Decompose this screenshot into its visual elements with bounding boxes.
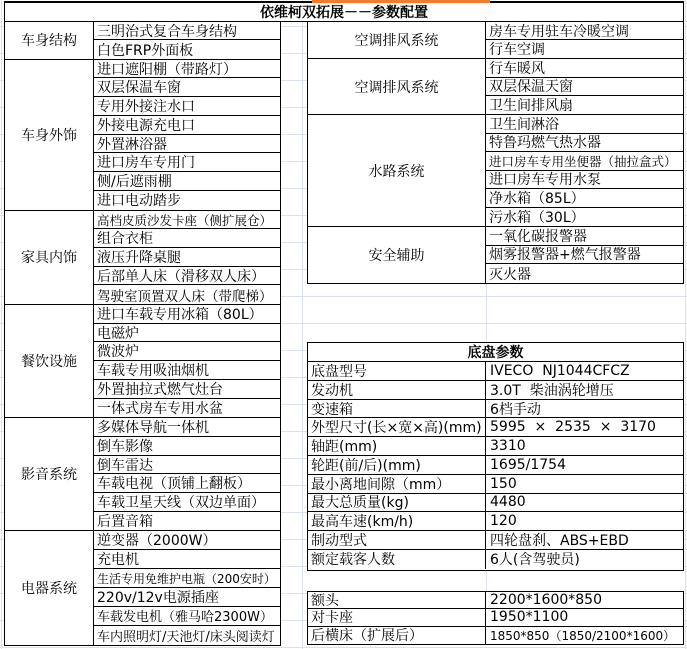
param-label: 轮距(前/后)(mm) xyxy=(311,456,421,474)
spec-item-row: 车载发电机（雅马哈2300W） xyxy=(94,607,280,626)
spec-section: 车身外饰进口遮阳棚（带路灯）双层保温车窗专用外接注水口外接电源充电口外置淋浴器进… xyxy=(5,60,280,211)
spec-item-text: 特鲁玛燃气热水器 xyxy=(489,134,601,152)
spec-item-row: 车内照明灯/天池灯/床头阅读灯 xyxy=(94,626,280,645)
category-label: 餐饮设施 xyxy=(21,351,77,371)
category-label: 空调排风系统 xyxy=(355,30,439,50)
spec-item-text: 行车暖风 xyxy=(489,59,545,77)
category-label: 车身结构 xyxy=(21,30,77,50)
param-value: 1950*1100 xyxy=(490,609,568,625)
spec-item-row: 一体式房车专用水盆 xyxy=(94,399,280,418)
spec-item-row: 进口车载专用冰箱（80L） xyxy=(94,305,280,324)
page-title-cell: 依维柯双拓展－－参数配置 xyxy=(4,1,684,22)
spec-item-text: 三明治式复合车身结构 xyxy=(97,22,237,40)
param-value: 120 xyxy=(490,513,517,529)
param-value: 四轮盘刹、ABS+EBD xyxy=(490,531,629,549)
param-label: 额定载客人数 xyxy=(311,550,395,569)
gridline-vertical-right-margin xyxy=(685,0,686,649)
param-value: 5995 × 2535 × 3170 xyxy=(490,419,656,435)
param-label-cell: 对卡座 xyxy=(308,609,486,625)
spec-item-row: 净水箱（85L） xyxy=(486,189,683,207)
spec-item-text: 220v/12v电源插座 xyxy=(97,588,219,607)
category-label: 空调排风系统 xyxy=(355,77,439,97)
param-value: 6人(含驾驶员) xyxy=(490,550,580,569)
param-value-cell: 4480 xyxy=(486,494,683,512)
param-label-cell: 最小离地间隙（mm） xyxy=(308,475,486,493)
spec-item-row: 220v/12v电源插座 xyxy=(94,588,280,607)
spec-item-row: 后部单人床（滑移双人床） xyxy=(94,267,280,286)
param-value-cell: 1850*850（1850/2100*1600） xyxy=(486,627,683,644)
items-column: 进口车载专用冰箱（80L）电磁炉微波炉车载专用吸油烟机外置抽拉式燃气灶台一体式房… xyxy=(94,305,280,417)
page-title: 依维柯双拓展－－参数配置 xyxy=(260,2,428,22)
param-value-cell: 120 xyxy=(486,512,683,530)
spec-item-text: 倒车雷达 xyxy=(97,456,153,475)
param-label: 最大总质量(kg) xyxy=(311,494,409,512)
spec-item-row: 专用外接注水口 xyxy=(94,97,280,116)
param-label: 底盘型号 xyxy=(311,362,367,380)
dimensions-table: 额头2200*1600*850对卡座1950*1100后横床（扩展后）1850*… xyxy=(307,591,684,645)
category-cell: 影音系统 xyxy=(5,418,94,530)
spec-item-row: 一氧化碳报警器 xyxy=(486,227,683,246)
spec-item-text: 车载专用吸油烟机 xyxy=(97,361,209,380)
chassis-table-header: 底盘参数 xyxy=(308,343,683,362)
param-label: 最小离地间隙（mm） xyxy=(311,475,450,493)
chassis-param-row: 轮距(前/后)(mm)1695/1754 xyxy=(308,456,683,475)
category-label: 车身外饰 xyxy=(21,125,77,145)
spec-item-text: 房车专用驻车冷暖空调 xyxy=(489,22,629,40)
spec-item-row: 特鲁玛燃气热水器 xyxy=(486,134,683,152)
spec-item-row: 进口房车专用坐便器（抽拉盒式） xyxy=(486,152,683,170)
title-accent-bar xyxy=(312,0,490,3)
spec-item-text: 一体式房车专用水盆 xyxy=(97,399,223,418)
param-value: 1850*850（1850/2100*1600） xyxy=(490,627,675,644)
spec-item-row: 白色FRP外面板 xyxy=(94,40,280,58)
spec-item-text: 微波炉 xyxy=(97,342,139,361)
spec-section: 空调排风系统房车专用驻车冷暖空调行车空调 xyxy=(308,22,683,59)
param-value-cell: 2200*1600*850 xyxy=(486,592,683,608)
spec-item-text: 车载电视（顶铺上翻板） xyxy=(97,474,251,493)
spec-item-row: 充电机 xyxy=(94,550,280,569)
spec-section: 影音系统多媒体导航一体机倒车影像倒车雷达车载电视（顶铺上翻板）车载卫星天线（双边… xyxy=(5,418,280,531)
param-value-cell: 1950*1100 xyxy=(486,609,683,625)
spec-item-text: 电磁炉 xyxy=(97,324,139,343)
spec-item-text: 白色FRP外面板 xyxy=(97,40,193,58)
dimension-row: 额头2200*1600*850 xyxy=(308,592,683,609)
spec-item-text: 后部单人床（滑移双人床） xyxy=(97,267,265,286)
spec-section: 电器系统逆变器（2000W）充电机生活专用免维护电瓶（200安时）220v/12… xyxy=(5,531,280,644)
param-value: IVECO NJ1044CFCZ xyxy=(490,363,630,379)
spec-item-text: 灭火器 xyxy=(489,264,531,283)
category-label: 水路系统 xyxy=(369,161,425,181)
gridline-vertical-left-margin xyxy=(1,0,2,649)
category-cell: 水路系统 xyxy=(308,115,486,226)
items-column: 三明治式复合车身结构白色FRP外面板 xyxy=(94,22,280,59)
chassis-param-row: 最高车速(km/h)120 xyxy=(308,512,683,531)
spec-item-row: 进口房车专用水泵 xyxy=(486,171,683,189)
spec-item-text: 进口房车专用门 xyxy=(97,153,195,172)
param-value-cell: 3310 xyxy=(486,437,683,455)
param-label-cell: 轴距(mm) xyxy=(308,437,486,455)
gridline-vertical-middle-gap xyxy=(302,0,303,649)
spec-item-text: 车载发电机（雅马哈2300W） xyxy=(97,607,273,625)
spec-section: 安全辅助一氧化碳报警器烟雾报警器+燃气报警器灭火器 xyxy=(308,227,683,283)
spec-item-text: 进口车载专用冰箱（80L） xyxy=(97,305,263,324)
param-label-cell: 外型尺寸(长×宽×高)(mm) xyxy=(308,418,486,436)
spec-item-row: 污水箱（30L） xyxy=(486,208,683,226)
dimension-row: 对卡座1950*1100 xyxy=(308,609,683,626)
spec-item-text: 车内照明灯/天池灯/床头阅读灯 xyxy=(97,626,275,645)
spec-item-row: 生活专用免维护电瓶（200安时） xyxy=(94,569,280,588)
param-value: 1695/1754 xyxy=(490,457,566,473)
spec-item-text: 烟雾报警器+燃气报警器 xyxy=(489,246,641,265)
spec-item-text: 充电机 xyxy=(97,550,139,569)
param-label-cell: 最大总质量(kg) xyxy=(308,494,486,512)
spec-item-row: 倒车影像 xyxy=(94,437,280,456)
spec-item-text: 双层保温车窗 xyxy=(97,78,181,97)
param-value: 6档手动 xyxy=(490,400,541,418)
spec-item-text: 卫生间淋浴 xyxy=(489,115,559,133)
chassis-param-row: 发动机3.0T 柴油涡轮增压 xyxy=(308,381,683,400)
spec-item-text: 行车空调 xyxy=(489,40,545,58)
param-value-cell: 6档手动 xyxy=(486,400,683,418)
spec-item-row: 后置音箱 xyxy=(94,512,280,531)
param-label-cell: 轮距(前/后)(mm) xyxy=(308,456,486,474)
param-label-cell: 额定载客人数 xyxy=(308,550,486,569)
param-value: 3.0T 柴油涡轮增压 xyxy=(490,381,614,399)
spec-item-row: 卫生间排风扇 xyxy=(486,96,683,114)
category-cell: 电器系统 xyxy=(5,531,94,644)
spec-item-text: 外接电源充电口 xyxy=(97,116,195,135)
param-value-cell: 6人(含驾驶员) xyxy=(486,550,683,569)
spec-item-row: 外置淋浴器 xyxy=(94,135,280,154)
chassis-param-row: 变速箱6档手动 xyxy=(308,400,683,419)
spec-item-text: 外置抽拉式燃气灶台 xyxy=(97,380,223,399)
spec-item-row: 房车专用驻车冷暖空调 xyxy=(486,22,683,40)
items-column: 卫生间淋浴特鲁玛燃气热水器进口房车专用坐便器（抽拉盒式）进口房车专用水泵净水箱（… xyxy=(486,115,683,226)
spec-section: 餐饮设施进口车载专用冰箱（80L）电磁炉微波炉车载专用吸油烟机外置抽拉式燃气灶台… xyxy=(5,305,280,418)
spec-item-row: 外置抽拉式燃气灶台 xyxy=(94,380,280,399)
chassis-param-row: 最大总质量(kg)4480 xyxy=(308,494,683,513)
items-column: 高档皮质沙发卡座（侧扩展仓）组合衣柜液压升降桌腿后部单人床（滑移双人床）驾驶室顶… xyxy=(94,211,280,304)
category-cell: 安全辅助 xyxy=(308,227,486,283)
body-spec-table: 车身结构三明治式复合车身结构白色FRP外面板车身外饰进口遮阳棚（带路灯）双层保温… xyxy=(4,21,281,646)
spec-item-row: 液压升降桌腿 xyxy=(94,248,280,267)
spec-item-row: 卫生间淋浴 xyxy=(486,115,683,133)
category-cell: 空调排风系统 xyxy=(308,59,486,114)
spec-item-row: 微波炉 xyxy=(94,342,280,361)
param-label: 变速箱 xyxy=(311,400,353,418)
spec-item-text: 净水箱（85L） xyxy=(489,189,585,207)
param-label: 最高车速(km/h) xyxy=(311,512,413,530)
items-column: 逆变器（2000W）充电机生活专用免维护电瓶（200安时）220v/12v电源插… xyxy=(94,531,280,644)
spec-item-text: 一氧化碳报警器 xyxy=(489,227,587,246)
spec-item-text: 进口房车专用水泵 xyxy=(489,171,601,189)
param-label-cell: 最高车速(km/h) xyxy=(308,512,486,530)
spec-item-row: 进口房车专用门 xyxy=(94,153,280,172)
category-label: 电器系统 xyxy=(21,578,77,598)
spec-item-row: 进口遮阳棚（带路灯） xyxy=(94,60,280,79)
param-label-cell: 发动机 xyxy=(308,381,486,399)
chassis-params-table: 底盘参数 底盘型号IVECO NJ1044CFCZ发动机3.0T 柴油涡轮增压变… xyxy=(307,342,684,571)
chassis-rows: 底盘型号IVECO NJ1044CFCZ发动机3.0T 柴油涡轮增压变速箱6档手… xyxy=(308,362,683,569)
spec-item-row: 电磁炉 xyxy=(94,324,280,343)
category-cell: 家具内饰 xyxy=(5,211,94,304)
param-label: 轴距(mm) xyxy=(311,437,377,455)
items-column: 行车暖风双层保温天窗卫生间排风扇 xyxy=(486,59,683,114)
chassis-param-row: 底盘型号IVECO NJ1044CFCZ xyxy=(308,362,683,381)
spec-item-row: 车载电视（顶铺上翻板） xyxy=(94,474,280,493)
spec-item-text: 卫生间排风扇 xyxy=(489,96,573,114)
spec-item-text: 侧/后遮雨棚 xyxy=(97,172,172,191)
param-label: 后横床（扩展后） xyxy=(311,627,423,644)
chassis-param-row: 最小离地间隙（mm）150 xyxy=(308,475,683,494)
chassis-param-row: 额定载客人数6人(含驾驶员) xyxy=(308,550,683,569)
chassis-table-title: 底盘参数 xyxy=(468,342,524,362)
chassis-param-row: 外型尺寸(长×宽×高)(mm)5995 × 2535 × 3170 xyxy=(308,418,683,437)
param-label: 发动机 xyxy=(311,381,353,399)
param-label-cell: 变速箱 xyxy=(308,400,486,418)
spec-section: 水路系统卫生间淋浴特鲁玛燃气热水器进口房车专用坐便器（抽拉盒式）进口房车专用水泵… xyxy=(308,115,683,227)
items-column: 一氧化碳报警器烟雾报警器+燃气报警器灭火器 xyxy=(486,227,683,283)
spec-item-row: 逆变器（2000W） xyxy=(94,531,280,550)
spec-section: 空调排风系统行车暖风双层保温天窗卫生间排风扇 xyxy=(308,59,683,115)
items-column: 多媒体导航一体机倒车影像倒车雷达车载电视（顶铺上翻板）车载卫星天线（双边单面）后… xyxy=(94,418,280,530)
category-label: 家具内饰 xyxy=(21,247,77,267)
spec-item-text: 倒车影像 xyxy=(97,437,153,456)
spec-item-text: 驾驶室顶置双人床（带爬梯） xyxy=(97,285,273,304)
param-label: 对卡座 xyxy=(311,609,353,625)
spec-item-text: 进口遮阳棚（带路灯） xyxy=(97,60,237,79)
spec-item-row: 倒车雷达 xyxy=(94,456,280,475)
spec-item-row: 驾驶室顶置双人床（带爬梯） xyxy=(94,285,280,304)
items-column: 进口遮阳棚（带路灯）双层保温车窗专用外接注水口外接电源充电口外置淋浴器进口房车专… xyxy=(94,60,280,210)
param-value: 4480 xyxy=(490,494,526,510)
chassis-param-row: 制动型式四轮盘刹、ABS+EBD xyxy=(308,531,683,550)
param-label-cell: 额头 xyxy=(308,592,486,608)
spec-section: 车身结构三明治式复合车身结构白色FRP外面板 xyxy=(5,22,280,60)
spec-item-text: 液压升降桌腿 xyxy=(97,248,181,267)
spec-item-row: 三明治式复合车身结构 xyxy=(94,22,280,40)
category-cell: 空调排风系统 xyxy=(308,22,486,58)
spec-item-row: 双层保温车窗 xyxy=(94,78,280,97)
spec-item-row: 行车暖风 xyxy=(486,59,683,77)
param-value-cell: 3.0T 柴油涡轮增压 xyxy=(486,381,683,399)
spec-item-text: 多媒体导航一体机 xyxy=(97,418,209,437)
param-value-cell: IVECO NJ1044CFCZ xyxy=(486,362,683,380)
param-value-cell: 四轮盘刹、ABS+EBD xyxy=(486,531,683,549)
param-label-cell: 后横床（扩展后） xyxy=(308,627,486,644)
param-label: 制动型式 xyxy=(311,531,367,549)
param-value: 2200*1600*850 xyxy=(490,592,602,608)
spec-item-text: 后置音箱 xyxy=(97,512,153,531)
spec-item-row: 高档皮质沙发卡座（侧扩展仓） xyxy=(94,211,280,230)
spec-item-row: 多媒体导航一体机 xyxy=(94,418,280,437)
spec-item-text: 进口电动踏步 xyxy=(97,191,181,210)
spec-item-row: 车载卫星天线（双边单面） xyxy=(94,493,280,512)
spec-item-text: 专用外接注水口 xyxy=(97,97,195,116)
param-label: 额头 xyxy=(311,592,339,608)
gridline-vertical-gap-segment xyxy=(486,571,487,591)
spec-item-row: 行车空调 xyxy=(486,40,683,58)
param-label: 外型尺寸(长×宽×高)(mm) xyxy=(311,418,482,436)
dimension-row: 后横床（扩展后）1850*850（1850/2100*1600） xyxy=(308,627,683,644)
spec-item-text: 逆变器（2000W） xyxy=(97,531,216,550)
spec-item-text: 车载卫星天线（双边单面） xyxy=(97,493,265,512)
spec-item-text: 进口房车专用坐便器（抽拉盒式） xyxy=(489,152,677,170)
category-label: 安全辅助 xyxy=(369,245,425,265)
spec-item-row: 侧/后遮雨棚 xyxy=(94,172,280,191)
spec-item-row: 外接电源充电口 xyxy=(94,116,280,135)
spec-item-row: 组合衣柜 xyxy=(94,229,280,248)
spec-item-row: 车载专用吸油烟机 xyxy=(94,361,280,380)
spec-item-text: 生活专用免维护电瓶（200安时） xyxy=(97,570,276,587)
spreadsheet-page: 依维柯双拓展－－参数配置 车身结构三明治式复合车身结构白色FRP外面板车身外饰进… xyxy=(0,0,687,649)
category-label: 影音系统 xyxy=(21,464,77,484)
spec-item-row: 灭火器 xyxy=(486,264,683,283)
param-label-cell: 底盘型号 xyxy=(308,362,486,380)
param-value: 3310 xyxy=(490,438,526,454)
chassis-param-row: 轴距(mm)3310 xyxy=(308,437,683,456)
category-cell: 车身结构 xyxy=(5,22,94,59)
gridline-vertical-gap-segment xyxy=(486,284,487,342)
param-value-cell: 1695/1754 xyxy=(486,456,683,474)
spec-item-text: 高档皮质沙发卡座（侧扩展仓） xyxy=(97,211,272,229)
spec-item-text: 污水箱（30L） xyxy=(489,208,585,226)
spec-item-row: 烟雾报警器+燃气报警器 xyxy=(486,246,683,265)
spec-item-text: 双层保温天窗 xyxy=(489,78,573,96)
param-value: 150 xyxy=(490,476,517,492)
spec-section: 家具内饰高档皮质沙发卡座（侧扩展仓）组合衣柜液压升降桌腿后部单人床（滑移双人床）… xyxy=(5,211,280,305)
spec-item-row: 进口电动踏步 xyxy=(94,191,280,210)
param-value-cell: 5995 × 2535 × 3170 xyxy=(486,418,683,436)
spec-item-row: 双层保温天窗 xyxy=(486,78,683,96)
param-value-cell: 150 xyxy=(486,475,683,493)
items-column: 房车专用驻车冷暖空调行车空调 xyxy=(486,22,683,58)
param-label-cell: 制动型式 xyxy=(308,531,486,549)
category-cell: 车身外饰 xyxy=(5,60,94,210)
category-cell: 餐饮设施 xyxy=(5,305,94,417)
spec-item-text: 组合衣柜 xyxy=(97,229,153,248)
systems-spec-table: 空调排风系统房车专用驻车冷暖空调行车空调空调排风系统行车暖风双层保温天窗卫生间排… xyxy=(307,21,684,284)
spec-item-text: 外置淋浴器 xyxy=(97,135,167,154)
